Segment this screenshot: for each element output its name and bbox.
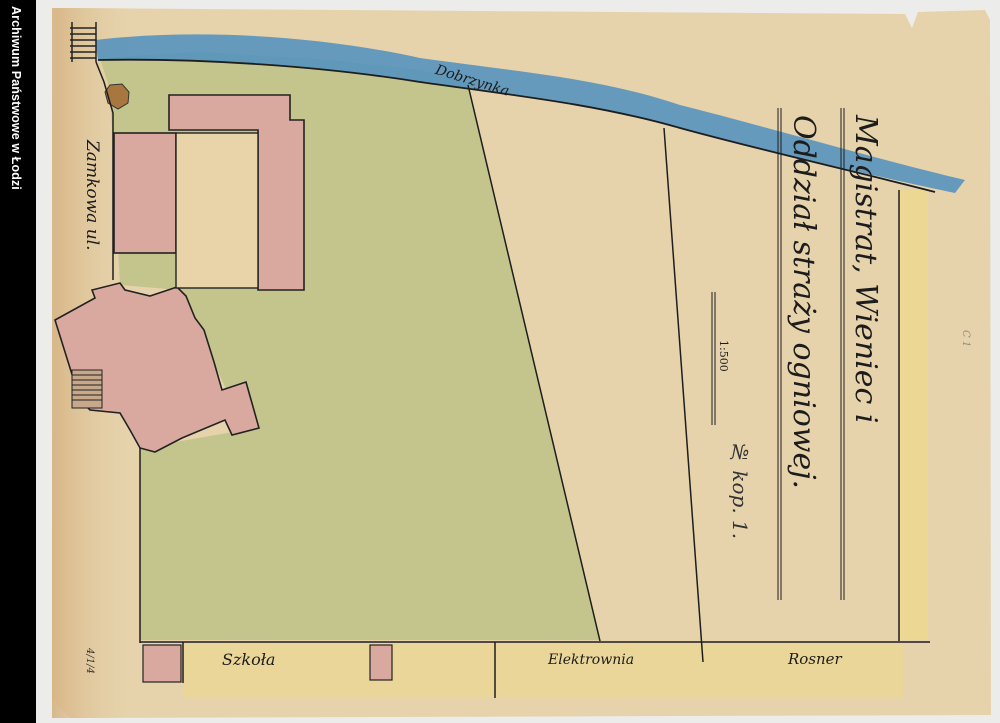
parcel-label-school: Szkoła	[222, 650, 275, 669]
map-title-line1: Magistrat, Wieniec i	[848, 115, 883, 423]
margin-pencil-note: C 1	[960, 330, 971, 347]
archive-sidebar: Archiwum Państwowe w Łodzi	[0, 0, 36, 723]
street-label: Zamkowa ul.	[82, 140, 102, 250]
parcel-label-power-plant: Elektrownia	[548, 652, 634, 668]
map-scale: 1:500	[717, 340, 730, 372]
parcel-label-rosner: Rosner	[788, 650, 842, 668]
archive-name: Archiwum Państwowe w Łodzi	[9, 6, 23, 190]
corner-note: 4/1/4	[84, 648, 95, 674]
sheet-number: № kop. 1.	[728, 440, 752, 539]
map-title-line2: Oddział straży ogniowej.	[786, 115, 821, 489]
building-left	[114, 133, 176, 253]
